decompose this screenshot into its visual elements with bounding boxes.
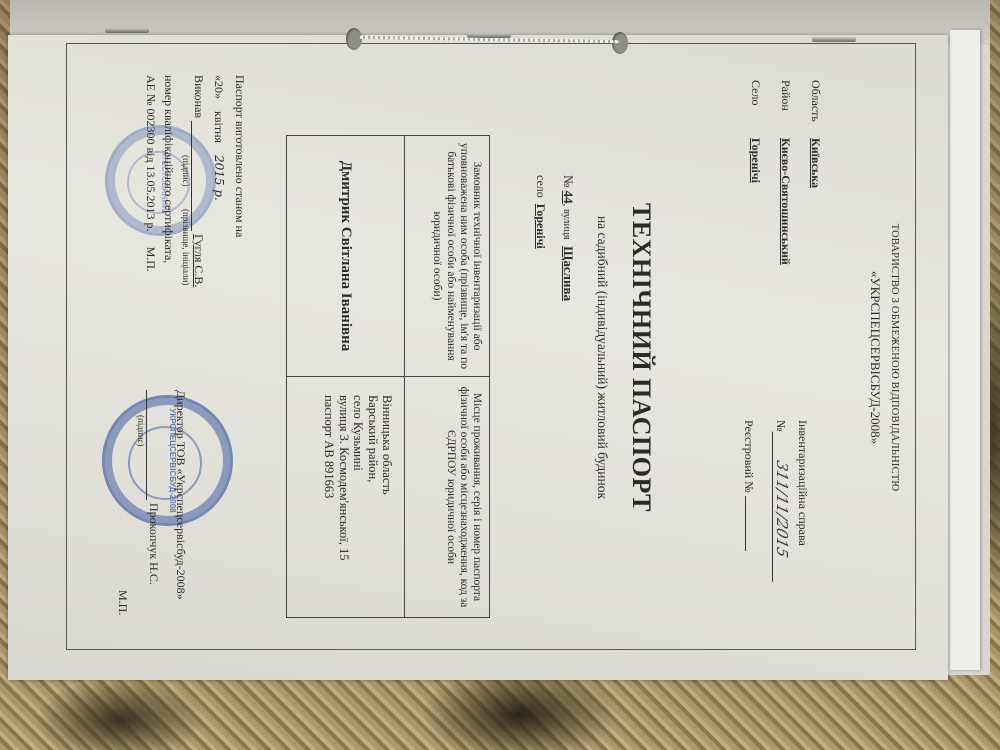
performer-captions: (підпис) (прізвище, ініціали): [181, 155, 191, 285]
director-stamp-mark: М.П.: [115, 590, 130, 615]
document-subtitle: на садибний (індивідуальний) житловий бу…: [594, 35, 610, 680]
issued-date-row: «20» квітня 2015 р.: [211, 75, 226, 201]
oblast-value: Київська: [809, 138, 823, 188]
residence-line: Вінницька область: [380, 395, 394, 611]
inventory-number-handwritten: 311/11/2015: [772, 432, 791, 587]
issued-label: Паспорт виготовлено станом на: [231, 75, 248, 237]
residence-line: вулиця З. Космодем'янської, 15: [337, 395, 351, 611]
certificate-number: АЕ № 002300 від 13.05.2013 р.: [144, 75, 158, 232]
oblast-row: Область Київська: [808, 80, 823, 188]
street-name: Щаслива: [561, 246, 576, 301]
director-title: Директор ТОВ «Укрспецсервісбуд-2008»: [173, 390, 188, 600]
inventory-number-prefix: №: [774, 420, 788, 431]
issued-month: квітня: [212, 111, 226, 143]
owner-table-header-row: Замовник технічної інвентаризації або уп…: [405, 136, 490, 618]
document-title: ТЕХНІЧНИЙ ПАСПОРТ: [626, 35, 656, 680]
certificate-line-1: номер кваліфікаційного сертифіката,: [161, 75, 176, 263]
performer-stamp-mark: М.П.: [144, 247, 158, 272]
inventory-case-label: Інвентаризаційна справа: [795, 420, 810, 546]
company-type: ТОВАРИСТВО З ОБМЕЖЕНОЮ ВІДПОВІДАЛЬНІСТЮ: [889, 35, 900, 680]
house-address-row: № 44, вулиця Щаслива: [560, 175, 576, 301]
performer-label: Виконав: [192, 75, 206, 118]
oblast-label: Область: [808, 80, 823, 135]
registry-label: Реєстровий №: [742, 420, 756, 493]
owner-table-row: Дмитрик Світлана Іванівна Вінницька обла…: [287, 136, 405, 618]
village-name: Горенічі: [534, 204, 548, 249]
director-signature-caption: (підпис): [136, 415, 146, 447]
staple: [812, 37, 856, 42]
raion-label: Район: [778, 80, 793, 135]
header-residence: Місце проживання, серія і номер паспорта…: [405, 377, 490, 618]
customer-name: Дмитрик Світлана Іванівна: [287, 136, 405, 377]
selo-value: Горенічі: [749, 138, 763, 183]
issued-year: 2015 р.: [212, 155, 226, 201]
village-label: село: [534, 175, 548, 198]
director-name: Прокопчук Н.С.: [147, 503, 161, 585]
staple: [105, 28, 149, 33]
selo-label: Село: [748, 80, 763, 135]
registry-number-row: Реєстровий №: [741, 420, 758, 551]
raion-value: Києво-Святошинський: [779, 138, 793, 265]
street-label: , вулиця: [561, 204, 572, 240]
residence-line: Барський район,: [365, 395, 379, 611]
issued-day: «20»: [212, 75, 226, 99]
registry-blank: [745, 496, 758, 551]
folder-edge: [950, 30, 980, 670]
house-number: 44: [561, 191, 576, 204]
customer-residence: Вінницька область Барський район, село К…: [287, 377, 405, 618]
name-caption: (прізвище, ініціали): [181, 209, 191, 285]
performer-signature-line: [191, 121, 204, 231]
village-row: село Горенічі: [533, 175, 548, 249]
header-customer: Замовник технічної інвентаризації або уп…: [405, 136, 490, 377]
signature-caption: (підпис): [181, 155, 191, 187]
house-number-prefix: №: [561, 175, 576, 187]
certificate-line-2: АЕ № 002300 від 13.05.2013 р. М.П.: [143, 75, 158, 272]
performer-name: Гугля С.В.: [192, 234, 206, 287]
director-signature-row: Прокопчук Н.С.: [146, 390, 161, 585]
owner-table: Замовник технічної інвентаризації або уп…: [286, 135, 490, 618]
performer-row: Виконав Гугля С.В.: [191, 75, 206, 287]
director-signature-line: [146, 390, 159, 500]
selo-row: Село Горенічі: [748, 80, 763, 183]
residence-line: паспорт АВ 891663: [322, 395, 336, 611]
raion-row: Район Києво-Святошинський: [778, 80, 793, 265]
residence-line: село Кузьмині: [351, 395, 365, 611]
binder-hole: [346, 28, 362, 50]
company-round-stamp: УКРСПЕЦСЕРВІСБУД-2008: [102, 395, 233, 526]
company-name: «УКРСПЕЦСЕРВІСБУД-2008»: [867, 35, 883, 680]
technical-passport-page: ТОВАРИСТВО З ОБМЕЖЕНОЮ ВІДПОВІДАЛЬНІСТЮ …: [8, 35, 948, 680]
inventory-number-row: № 311/11/2015: [772, 420, 791, 584]
